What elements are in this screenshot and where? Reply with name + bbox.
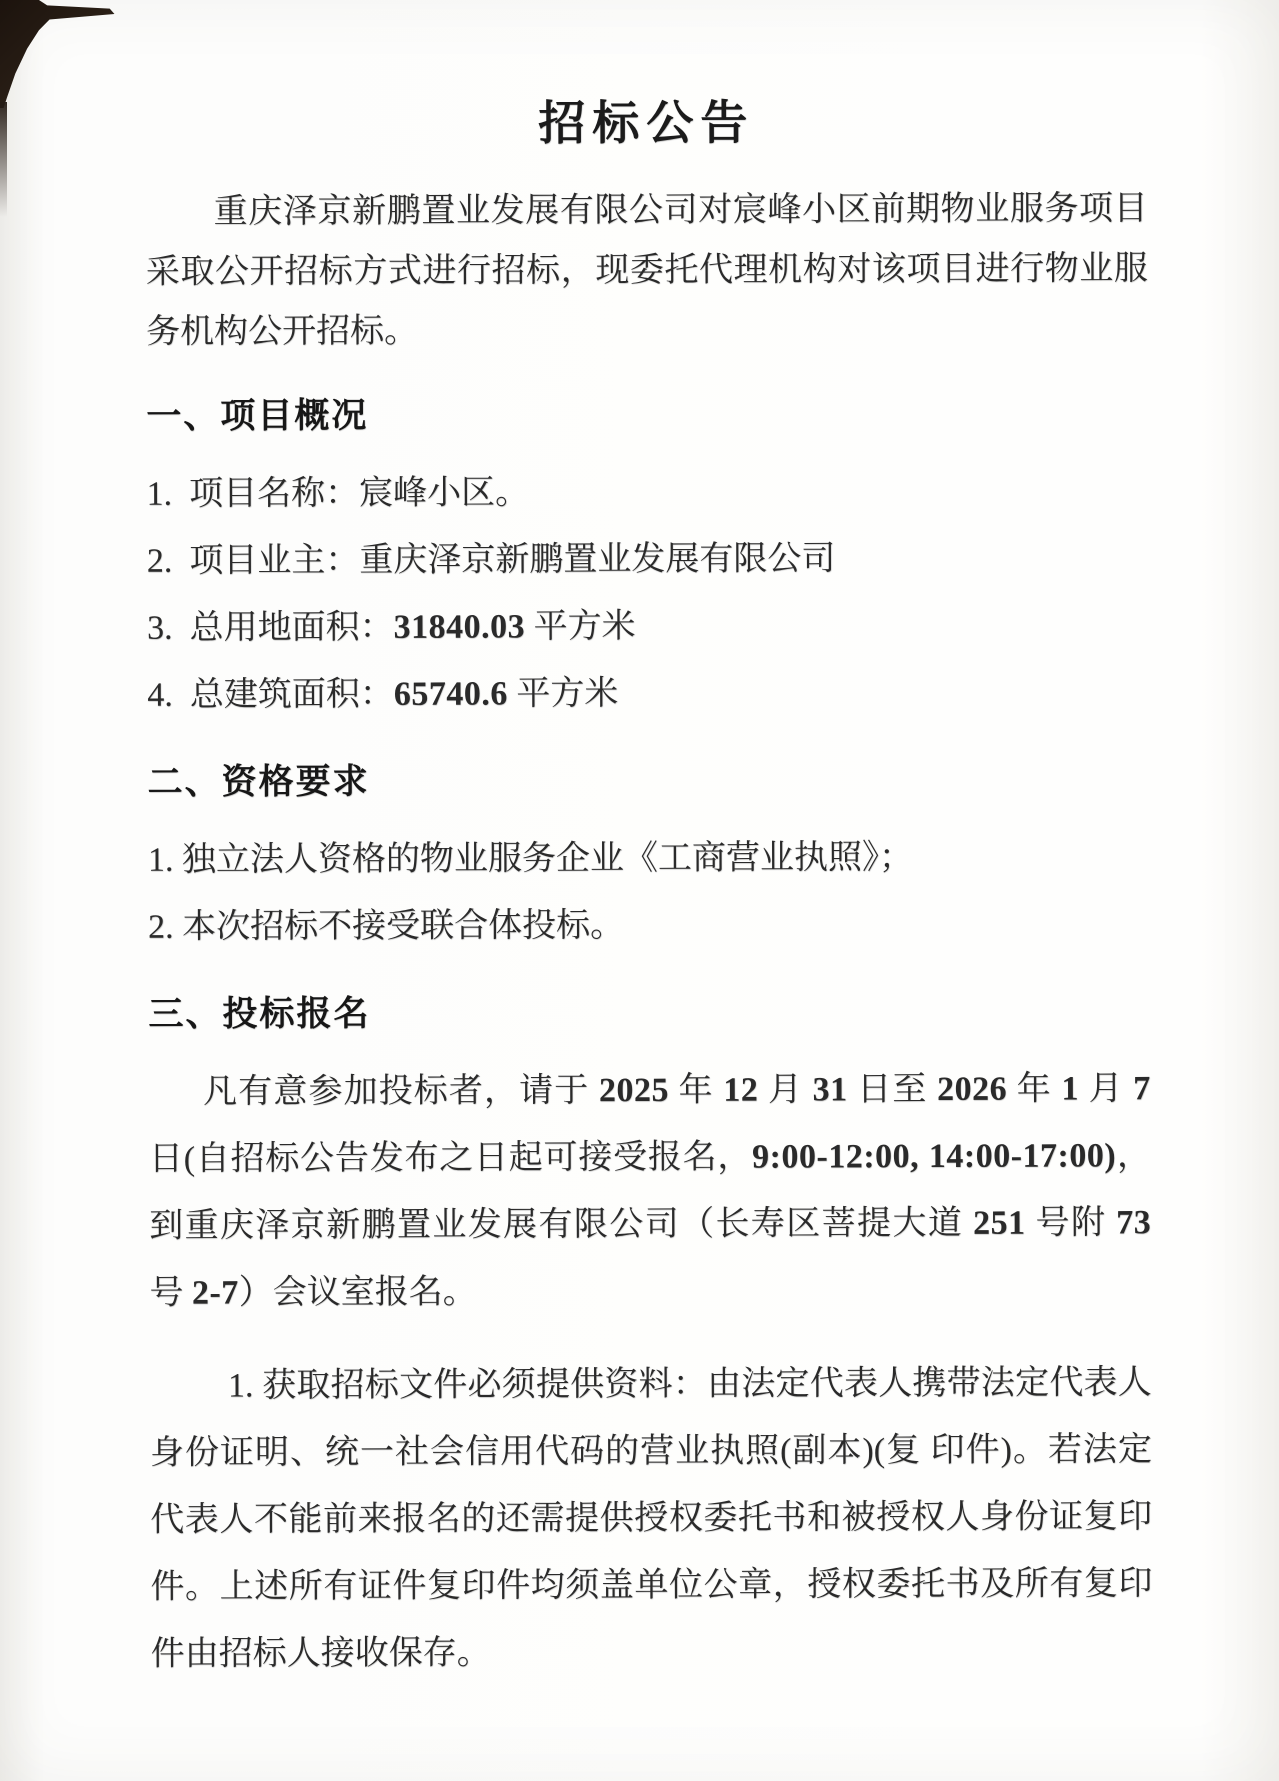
- building-area-item: 4. 总建筑面积：65740.6 平方米: [147, 658, 1149, 728]
- section-heading-qualification: 二、资格要求: [148, 751, 1150, 804]
- land-area-item: 3. 总用地面积：31840.03 平方米: [147, 591, 1149, 661]
- project-name-item: 1. 项目名称：宸峰小区。: [147, 457, 1149, 527]
- section-heading-project-overview: 一、项目概况: [146, 385, 1148, 438]
- scan-edge-shadow-left: [0, 102, 7, 217]
- registration-time-place-paragraph: 凡有意参加投标者，请于 2025 年 12 月 31 日至 2026 年 1 月…: [149, 1055, 1152, 1326]
- document-title: 招标公告: [145, 84, 1147, 154]
- required-documents-paragraph: 1. 获取招标文件必须提供资料：由法定代表人携带法定代表人身份证明、统一社会信用…: [150, 1349, 1153, 1687]
- scan-artifact-top-left: [0, 0, 118, 108]
- qualification-item-1: 1. 独立法人资格的物业服务企业《工商营业执照》；: [148, 823, 1150, 893]
- intro-paragraph: 重庆泽京新鹏置业发展有限公司对宸峰小区前期物业服务项目采取公开招标方式进行招标，…: [146, 179, 1149, 362]
- scanned-document-page: 招标公告 重庆泽京新鹏置业发展有限公司对宸峰小区前期物业服务项目采取公开招标方式…: [0, 0, 1279, 1781]
- project-owner-item: 2. 项目业主：重庆泽京新鹏置业发展有限公司: [147, 524, 1149, 594]
- qualification-item-2: 2. 本次招标不接受联合体投标。: [148, 890, 1150, 960]
- section-heading-bid-registration: 三、投标报名: [148, 983, 1150, 1036]
- document-content: 招标公告 重庆泽京新鹏置业发展有限公司对宸峰小区前期物业服务项目采取公开招标方式…: [145, 84, 1153, 1687]
